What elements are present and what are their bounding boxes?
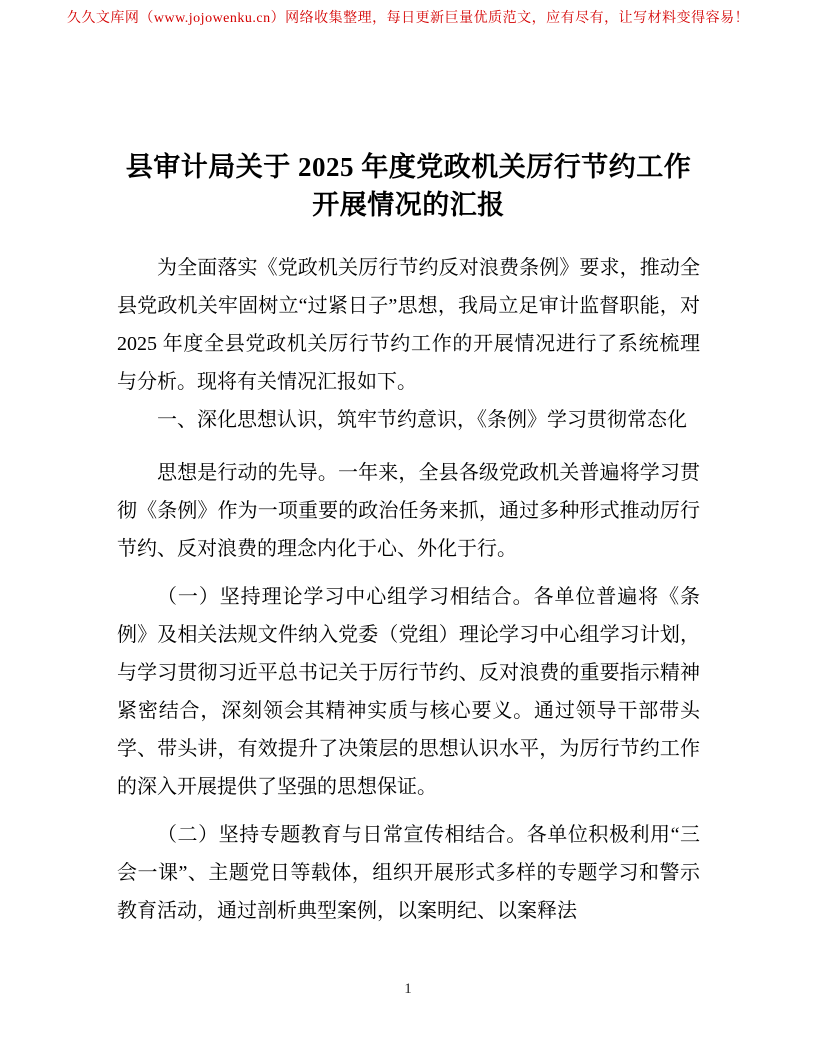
section-heading: 一、深化思想认识，筑牢节约意识，《条例》学习贯彻常态化 <box>117 401 700 439</box>
intro-paragraph: 为全面落实《党政机关厉行节约反对浪费条例》要求，推动全县党政机关牢固树立“过紧日… <box>117 249 700 401</box>
section-paragraph-3: （二）坚持专题教育与日常宣传相结合。各单位积极利用“三会一课”、主题党日等载体，… <box>117 816 700 930</box>
document-body: 为全面落实《党政机关厉行节约反对浪费条例》要求，推动全县党政机关牢固树立“过紧日… <box>117 249 700 930</box>
page-number: 1 <box>0 981 816 998</box>
document-page: 久久文库网（www.jojowenku.cn）网络收集整理，每日更新巨量优质范文… <box>0 0 816 1056</box>
watermark-text: 久久文库网（www.jojowenku.cn）网络收集整理，每日更新巨量优质范文… <box>0 0 816 27</box>
document-content: 县审计局关于 2025 年度党政机关厉行节约工作开展情况的汇报 为全面落实《党政… <box>117 148 700 930</box>
section-paragraph-2: （一）坚持理论学习中心组学习相结合。各单位普遍将《条例》及相关法规文件纳入党委（… <box>117 578 700 806</box>
section-paragraph-1: 思想是行动的先导。一年来，全县各级党政机关普遍将学习贯彻《条例》作为一项重要的政… <box>117 454 700 568</box>
document-title: 县审计局关于 2025 年度党政机关厉行节约工作开展情况的汇报 <box>117 148 700 224</box>
